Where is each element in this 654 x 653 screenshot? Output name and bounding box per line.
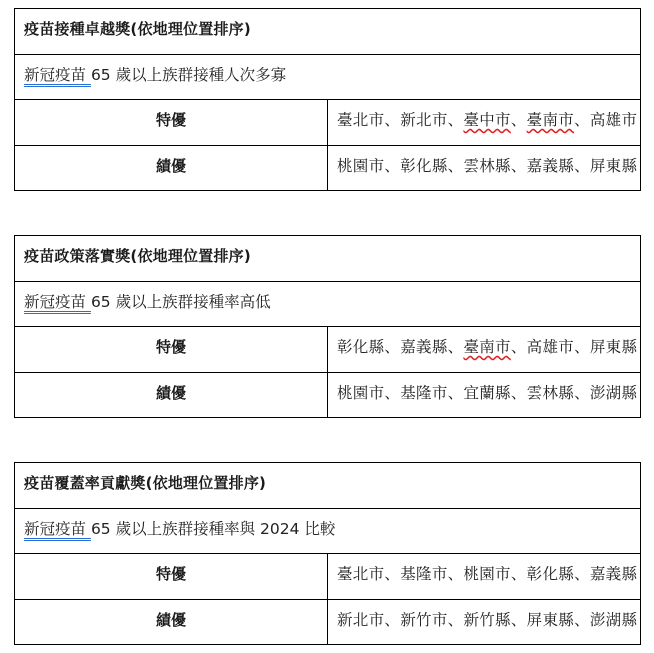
city-item: 嘉義縣 [400, 338, 447, 356]
city-list: 桃園市、彰化縣、雲林縣、嘉義縣、屏東縣 [328, 145, 641, 191]
separator: 、 [448, 338, 464, 356]
separator: 、 [511, 157, 527, 175]
city-item: 高雄市 [590, 111, 637, 129]
city-item: 臺南市 [527, 111, 574, 129]
award-table-policy-implementation: 疫苗政策落實獎(依地理位置排序) 新冠疫苗 65 歲以上族群接種率高低 特優 彰… [14, 235, 641, 418]
separator: 、 [574, 384, 590, 402]
criteria-row: 新冠疫苗 65 歲以上族群接種人次多寡 [15, 54, 641, 100]
criteria-text: 65 歲以上族群接種人次多寡 [91, 66, 286, 84]
rank-label-top: 特優 [15, 327, 328, 373]
separator: 、 [511, 384, 527, 402]
city-item: 宜蘭縣 [463, 384, 510, 402]
separator: 、 [574, 111, 590, 129]
city-item: 新竹市 [400, 611, 447, 629]
city-item: 雲林縣 [527, 384, 574, 402]
city-item: 雲林縣 [463, 157, 510, 175]
separator: 、 [574, 565, 590, 583]
city-item: 彰化縣 [527, 565, 574, 583]
criteria-prefix: 新冠疫苗 [24, 66, 91, 84]
city-item: 桃園市 [337, 157, 384, 175]
city-item: 彰化縣 [400, 157, 447, 175]
separator: 、 [384, 384, 400, 402]
city-item: 彰化縣 [337, 338, 384, 356]
separator: 、 [511, 611, 527, 629]
city-item: 臺北市 [337, 565, 384, 583]
table-title: 疫苗接種卓越獎(依地理位置排序) [15, 9, 641, 55]
rank-label-top: 特優 [15, 100, 328, 146]
separator: 、 [448, 384, 464, 402]
rank-label-merit: 績優 [15, 599, 328, 645]
separator: 、 [511, 111, 527, 129]
city-list: 桃園市、基隆市、宜蘭縣、雲林縣、澎湖縣 [328, 372, 641, 418]
award-table-coverage-contribution: 疫苗覆蓋率貢獻獎(依地理位置排序) 新冠疫苗 65 歲以上族群接種率與 2024… [14, 462, 641, 645]
city-item: 桃園市 [337, 384, 384, 402]
separator: 、 [384, 157, 400, 175]
table-title-text: 疫苗政策落實獎(依地理位置排序) [24, 247, 251, 265]
separator: 、 [448, 157, 464, 175]
criteria-row: 新冠疫苗 65 歲以上族群接種率高低 [15, 281, 641, 327]
separator: 、 [384, 565, 400, 583]
city-item: 屏東縣 [590, 157, 637, 175]
city-item: 新北市 [400, 111, 447, 129]
separator: 、 [448, 565, 464, 583]
city-list: 臺北市、新北市、臺中市、臺南市、高雄市 [328, 100, 641, 146]
city-item: 嘉義縣 [527, 157, 574, 175]
city-item: 臺南市 [463, 338, 510, 356]
city-list: 彰化縣、嘉義縣、臺南市、高雄市、屏東縣 [328, 327, 641, 373]
separator: 、 [511, 338, 527, 356]
rank-label-top: 特優 [15, 554, 328, 600]
city-item: 基隆市 [400, 384, 447, 402]
separator: 、 [511, 565, 527, 583]
city-item: 基隆市 [400, 565, 447, 583]
city-list: 臺北市、基隆市、桃園市、彰化縣、嘉義縣 [328, 554, 641, 600]
criteria-prefix: 新冠疫苗 [24, 520, 91, 538]
separator: 、 [384, 338, 400, 356]
table-title-text: 疫苗接種卓越獎(依地理位置排序) [24, 20, 251, 38]
criteria-row: 新冠疫苗 65 歲以上族群接種率與 2024 比較 [15, 508, 641, 554]
city-item: 嘉義縣 [590, 565, 637, 583]
table-title: 疫苗政策落實獎(依地理位置排序) [15, 236, 641, 282]
award-table-vaccination-excellence: 疫苗接種卓越獎(依地理位置排序) 新冠疫苗 65 歲以上族群接種人次多寡 特優 … [14, 8, 641, 191]
table-title-text: 疫苗覆蓋率貢獻獎(依地理位置排序) [24, 474, 266, 492]
separator: 、 [574, 611, 590, 629]
rank-label-merit: 績優 [15, 145, 328, 191]
city-item: 臺北市 [337, 111, 384, 129]
city-item: 高雄市 [527, 338, 574, 356]
city-item: 桃園市 [463, 565, 510, 583]
separator: 、 [574, 157, 590, 175]
city-list: 新北市、新竹市、新竹縣、屏東縣、澎湖縣 [328, 599, 641, 645]
separator: 、 [574, 338, 590, 356]
rank-label-merit: 績優 [15, 372, 328, 418]
separator: 、 [384, 111, 400, 129]
criteria-text: 65 歲以上族群接種率與 2024 比較 [91, 520, 335, 538]
city-item: 新北市 [337, 611, 384, 629]
separator: 、 [384, 611, 400, 629]
separator: 、 [448, 111, 464, 129]
city-item: 屏東縣 [527, 611, 574, 629]
city-item: 澎湖縣 [590, 611, 637, 629]
criteria-text: 65 歲以上族群接種率高低 [91, 293, 271, 311]
city-item: 新竹縣 [463, 611, 510, 629]
city-item: 屏東縣 [590, 338, 637, 356]
table-title: 疫苗覆蓋率貢獻獎(依地理位置排序) [15, 463, 641, 509]
city-item: 臺中市 [463, 111, 510, 129]
criteria-prefix: 新冠疫苗 [24, 293, 91, 311]
city-item: 澎湖縣 [590, 384, 637, 402]
separator: 、 [448, 611, 464, 629]
